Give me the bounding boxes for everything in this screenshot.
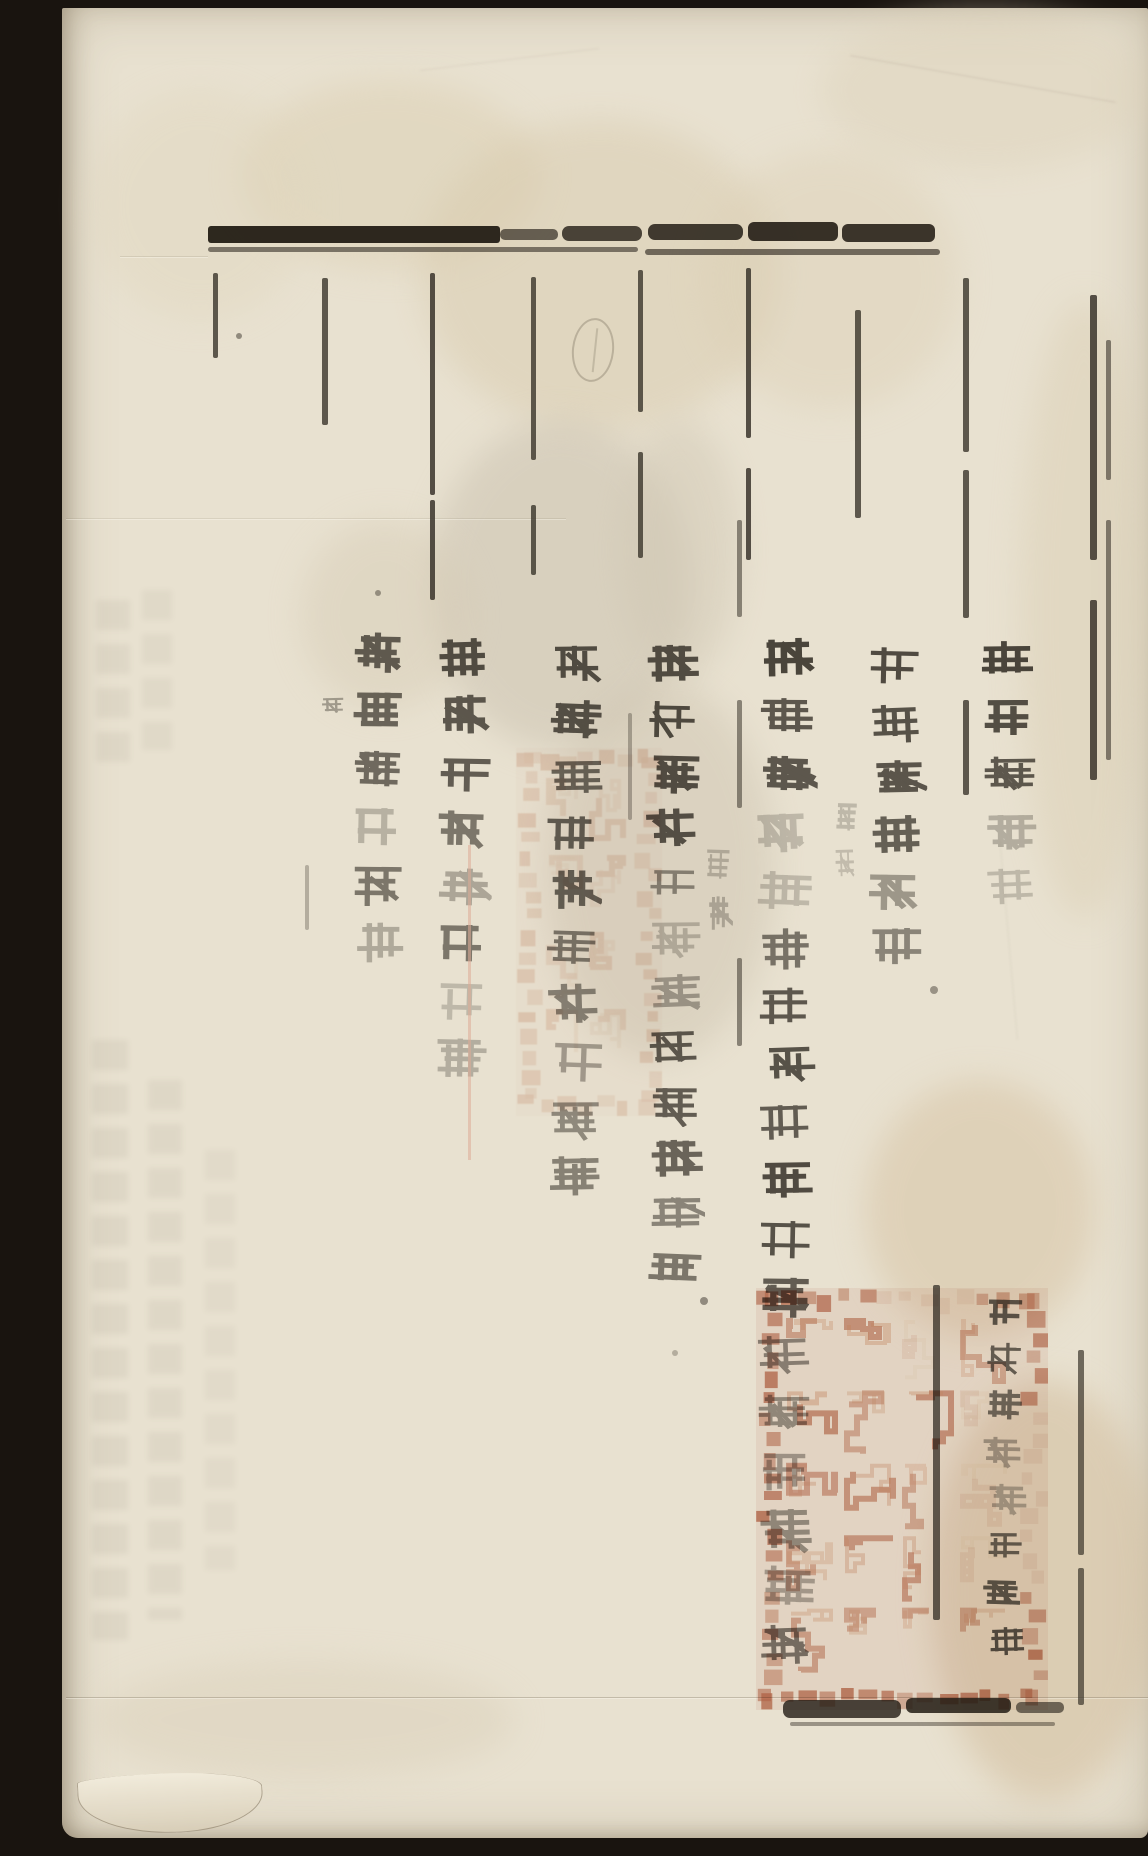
text-column-col-4-char — [647, 1190, 705, 1241]
text-column-col-4-char — [648, 1135, 706, 1186]
text-column-col-7-char — [350, 628, 406, 682]
text-column-col-1-char — [983, 807, 1043, 860]
text-column-col-6-char — [433, 919, 489, 972]
text-column-col-6-char — [434, 1033, 490, 1086]
column-rule-line — [963, 278, 969, 452]
annotation-note-1-char — [320, 694, 346, 720]
seal-bleed-line — [468, 845, 471, 1160]
text-column-col-2-char — [868, 699, 926, 751]
text-column-col-6-char — [435, 634, 491, 687]
column-rule-line — [1090, 295, 1097, 560]
column-rule-line — [1078, 1350, 1084, 1555]
text-column-col-4-char — [646, 1245, 704, 1296]
paper-crease — [120, 256, 208, 257]
ink-dot — [930, 986, 938, 994]
text-column-col-7-char — [353, 918, 409, 972]
header-bar-segment — [648, 224, 743, 240]
text-column-col-8-over-seal-top-char — [983, 1527, 1025, 1570]
annotation-note-3-char — [834, 844, 858, 886]
seal-bleed-through — [516, 748, 662, 1116]
column-rule-line — [1090, 600, 1097, 780]
text-column-col-8-over-seal-top-char — [981, 1433, 1023, 1476]
header-bar-segment — [748, 222, 838, 241]
text-column-col-1-char — [980, 750, 1040, 803]
column-rule-line — [531, 505, 536, 575]
column-rule-line — [737, 520, 742, 617]
text-column-col-7-char — [351, 686, 407, 740]
paper-stain — [700, 150, 960, 410]
column-rule-line — [1078, 1568, 1084, 1705]
scanned-page-stage — [0, 0, 1148, 1856]
text-column-col-7-char — [350, 860, 406, 914]
annotation-note-2-char — [703, 843, 731, 889]
verso-bleed-text-column — [205, 1150, 235, 1570]
column-rule-line — [213, 273, 218, 358]
text-column-col-7-char — [348, 802, 404, 856]
header-bar-segment — [562, 226, 642, 241]
column-rule-line — [963, 700, 969, 795]
text-column-col-3-char — [755, 1098, 815, 1152]
bottom-ink-smear — [783, 1700, 901, 1718]
column-rule-line — [531, 277, 536, 460]
verso-bleed-text-column — [96, 600, 130, 770]
text-column-col-1-char — [978, 636, 1038, 689]
annotation-note-2-char — [705, 893, 733, 939]
annotation-note-3-char — [834, 798, 858, 840]
text-column-col-3-char — [757, 634, 817, 688]
header-bar-echo-line — [208, 247, 638, 252]
pencil-oval-inner-stroke — [592, 328, 599, 372]
text-column-col-4-char — [644, 640, 702, 691]
text-column-col-3-char — [757, 692, 817, 746]
text-column-col-6-char — [436, 862, 492, 915]
column-rule-line — [1106, 520, 1111, 760]
text-column-col-1-char — [982, 864, 1042, 917]
text-column-col-8-over-seal-top-char — [987, 1480, 1029, 1523]
column-rule-line — [638, 452, 643, 558]
text-column-col-8-over-seal-top-char — [982, 1292, 1024, 1335]
header-bar-segment — [208, 226, 500, 243]
text-column-col-2-char — [869, 755, 927, 807]
verso-bleed-text-column — [142, 590, 172, 750]
column-rule-line — [638, 270, 643, 412]
text-column-col-6-char — [436, 976, 492, 1029]
column-rule-line — [737, 700, 742, 808]
text-column-col-2-char — [868, 811, 926, 863]
text-column-col-6-char — [434, 805, 490, 858]
column-rule-line — [305, 865, 309, 930]
paper-stain — [90, 90, 310, 320]
text-column-col-5-char — [548, 638, 606, 691]
bottom-ink-smear — [790, 1722, 1055, 1726]
column-rule-line — [963, 470, 969, 618]
column-rule-line — [430, 500, 435, 600]
bottom-ink-smear — [1016, 1702, 1064, 1713]
text-column-col-3-char — [756, 924, 816, 978]
text-column-col-8-over-seal-top-char — [983, 1339, 1025, 1382]
column-rule-line — [322, 278, 328, 425]
text-column-col-6-char — [437, 748, 493, 801]
text-column-col-3-char — [755, 982, 815, 1036]
header-bar-segment — [842, 224, 935, 242]
text-column-col-3-char — [756, 1214, 816, 1268]
column-rule-line — [855, 310, 861, 518]
text-column-col-2-char — [867, 643, 925, 695]
column-rule-line — [1106, 340, 1111, 480]
column-rule-line — [746, 268, 751, 438]
bottom-ink-smear — [906, 1698, 1011, 1713]
text-column-col-8-over-seal-top-char — [986, 1621, 1028, 1664]
ink-dot — [236, 333, 242, 339]
column-rule-line — [746, 468, 751, 560]
text-column-col-5-char — [547, 695, 605, 748]
verso-bleed-text-column — [92, 1040, 128, 1640]
column-rule-line — [430, 273, 435, 495]
text-column-col-8-over-seal-top-char — [981, 1574, 1023, 1617]
paper-stain — [820, 10, 1148, 170]
text-column-col-7-char — [350, 744, 406, 798]
paper-stain — [95, 1660, 515, 1780]
text-column-col-2-char — [867, 923, 925, 975]
text-column-col-8-over-seal-top-char — [983, 1386, 1025, 1429]
verso-bleed-text-column — [148, 1080, 182, 1620]
ink-dot — [672, 1350, 678, 1356]
header-bar-segment — [500, 229, 558, 240]
text-column-col-3-char — [758, 750, 818, 804]
text-column-col-4-char — [643, 695, 701, 746]
text-column-col-3-char — [755, 866, 815, 920]
ink-dot — [375, 590, 381, 596]
header-bar-echo-line — [645, 249, 940, 255]
text-column-col-5-char — [546, 1151, 604, 1204]
ink-dot — [700, 1297, 708, 1305]
text-column-col-6-char — [435, 691, 491, 744]
text-column-col-1-char — [977, 693, 1037, 746]
column-rule-line — [737, 958, 742, 1046]
text-column-col-3-char — [756, 1156, 816, 1210]
text-column-col-2-char — [866, 867, 924, 919]
paper-crease — [66, 518, 566, 519]
text-column-col-3-char — [753, 808, 813, 862]
text-column-col-3-char — [759, 1040, 819, 1094]
